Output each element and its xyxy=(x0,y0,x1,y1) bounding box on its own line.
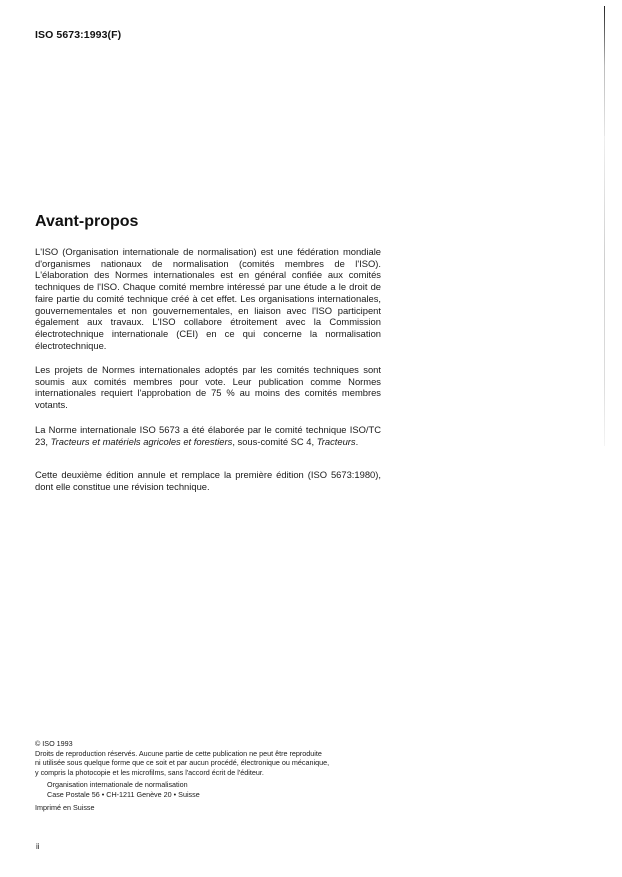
rights-line-2: ni utilisée sous quelque forme que ce so… xyxy=(35,758,395,768)
foreword-paragraph-2: Les projets de Normes internationales ad… xyxy=(35,364,381,411)
copyright-notice: © ISO 1993 xyxy=(35,739,395,749)
copyright-block: © ISO 1993 Droits de reproduction réserv… xyxy=(35,739,395,812)
subcommittee-title: Tracteurs xyxy=(317,436,356,447)
organisation-address: Case Postale 56 • CH-1211 Genève 20 • Su… xyxy=(35,790,395,800)
text-run: , sous-comité SC 4, xyxy=(232,436,316,447)
foreword-paragraph-3: La Norme internationale ISO 5673 a été é… xyxy=(35,424,381,447)
page-edge-line-faint xyxy=(604,136,605,446)
rights-line-1: Droits de reproduction réservés. Aucune … xyxy=(35,749,395,759)
paragraph-text: L'ISO (Organisation internationale de no… xyxy=(35,246,381,351)
page-number: ii xyxy=(36,842,40,851)
foreword-paragraph-4: Cette deuxième édition annule et remplac… xyxy=(35,469,381,492)
printed-in: Imprimé en Suisse xyxy=(35,803,395,813)
paragraph-text: Les projets de Normes internationales ad… xyxy=(35,364,381,411)
paragraph-text: Cette deuxième édition annule et remplac… xyxy=(35,469,381,492)
text-run: . xyxy=(356,436,359,447)
document-reference: ISO 5673:1993(F) xyxy=(35,29,121,41)
section-title: Avant-propos xyxy=(35,213,138,231)
organisation-name: Organisation internationale de normalisa… xyxy=(35,780,395,790)
foreword-paragraph-1: L'ISO (Organisation internationale de no… xyxy=(35,246,381,351)
committee-title: Tracteurs et matériels agricoles et fore… xyxy=(51,436,233,447)
paragraph-text: La Norme internationale ISO 5673 a été é… xyxy=(35,424,381,447)
rights-line-3: y compris la photocopie et les microfilm… xyxy=(35,768,395,778)
page-edge-line xyxy=(604,6,605,136)
